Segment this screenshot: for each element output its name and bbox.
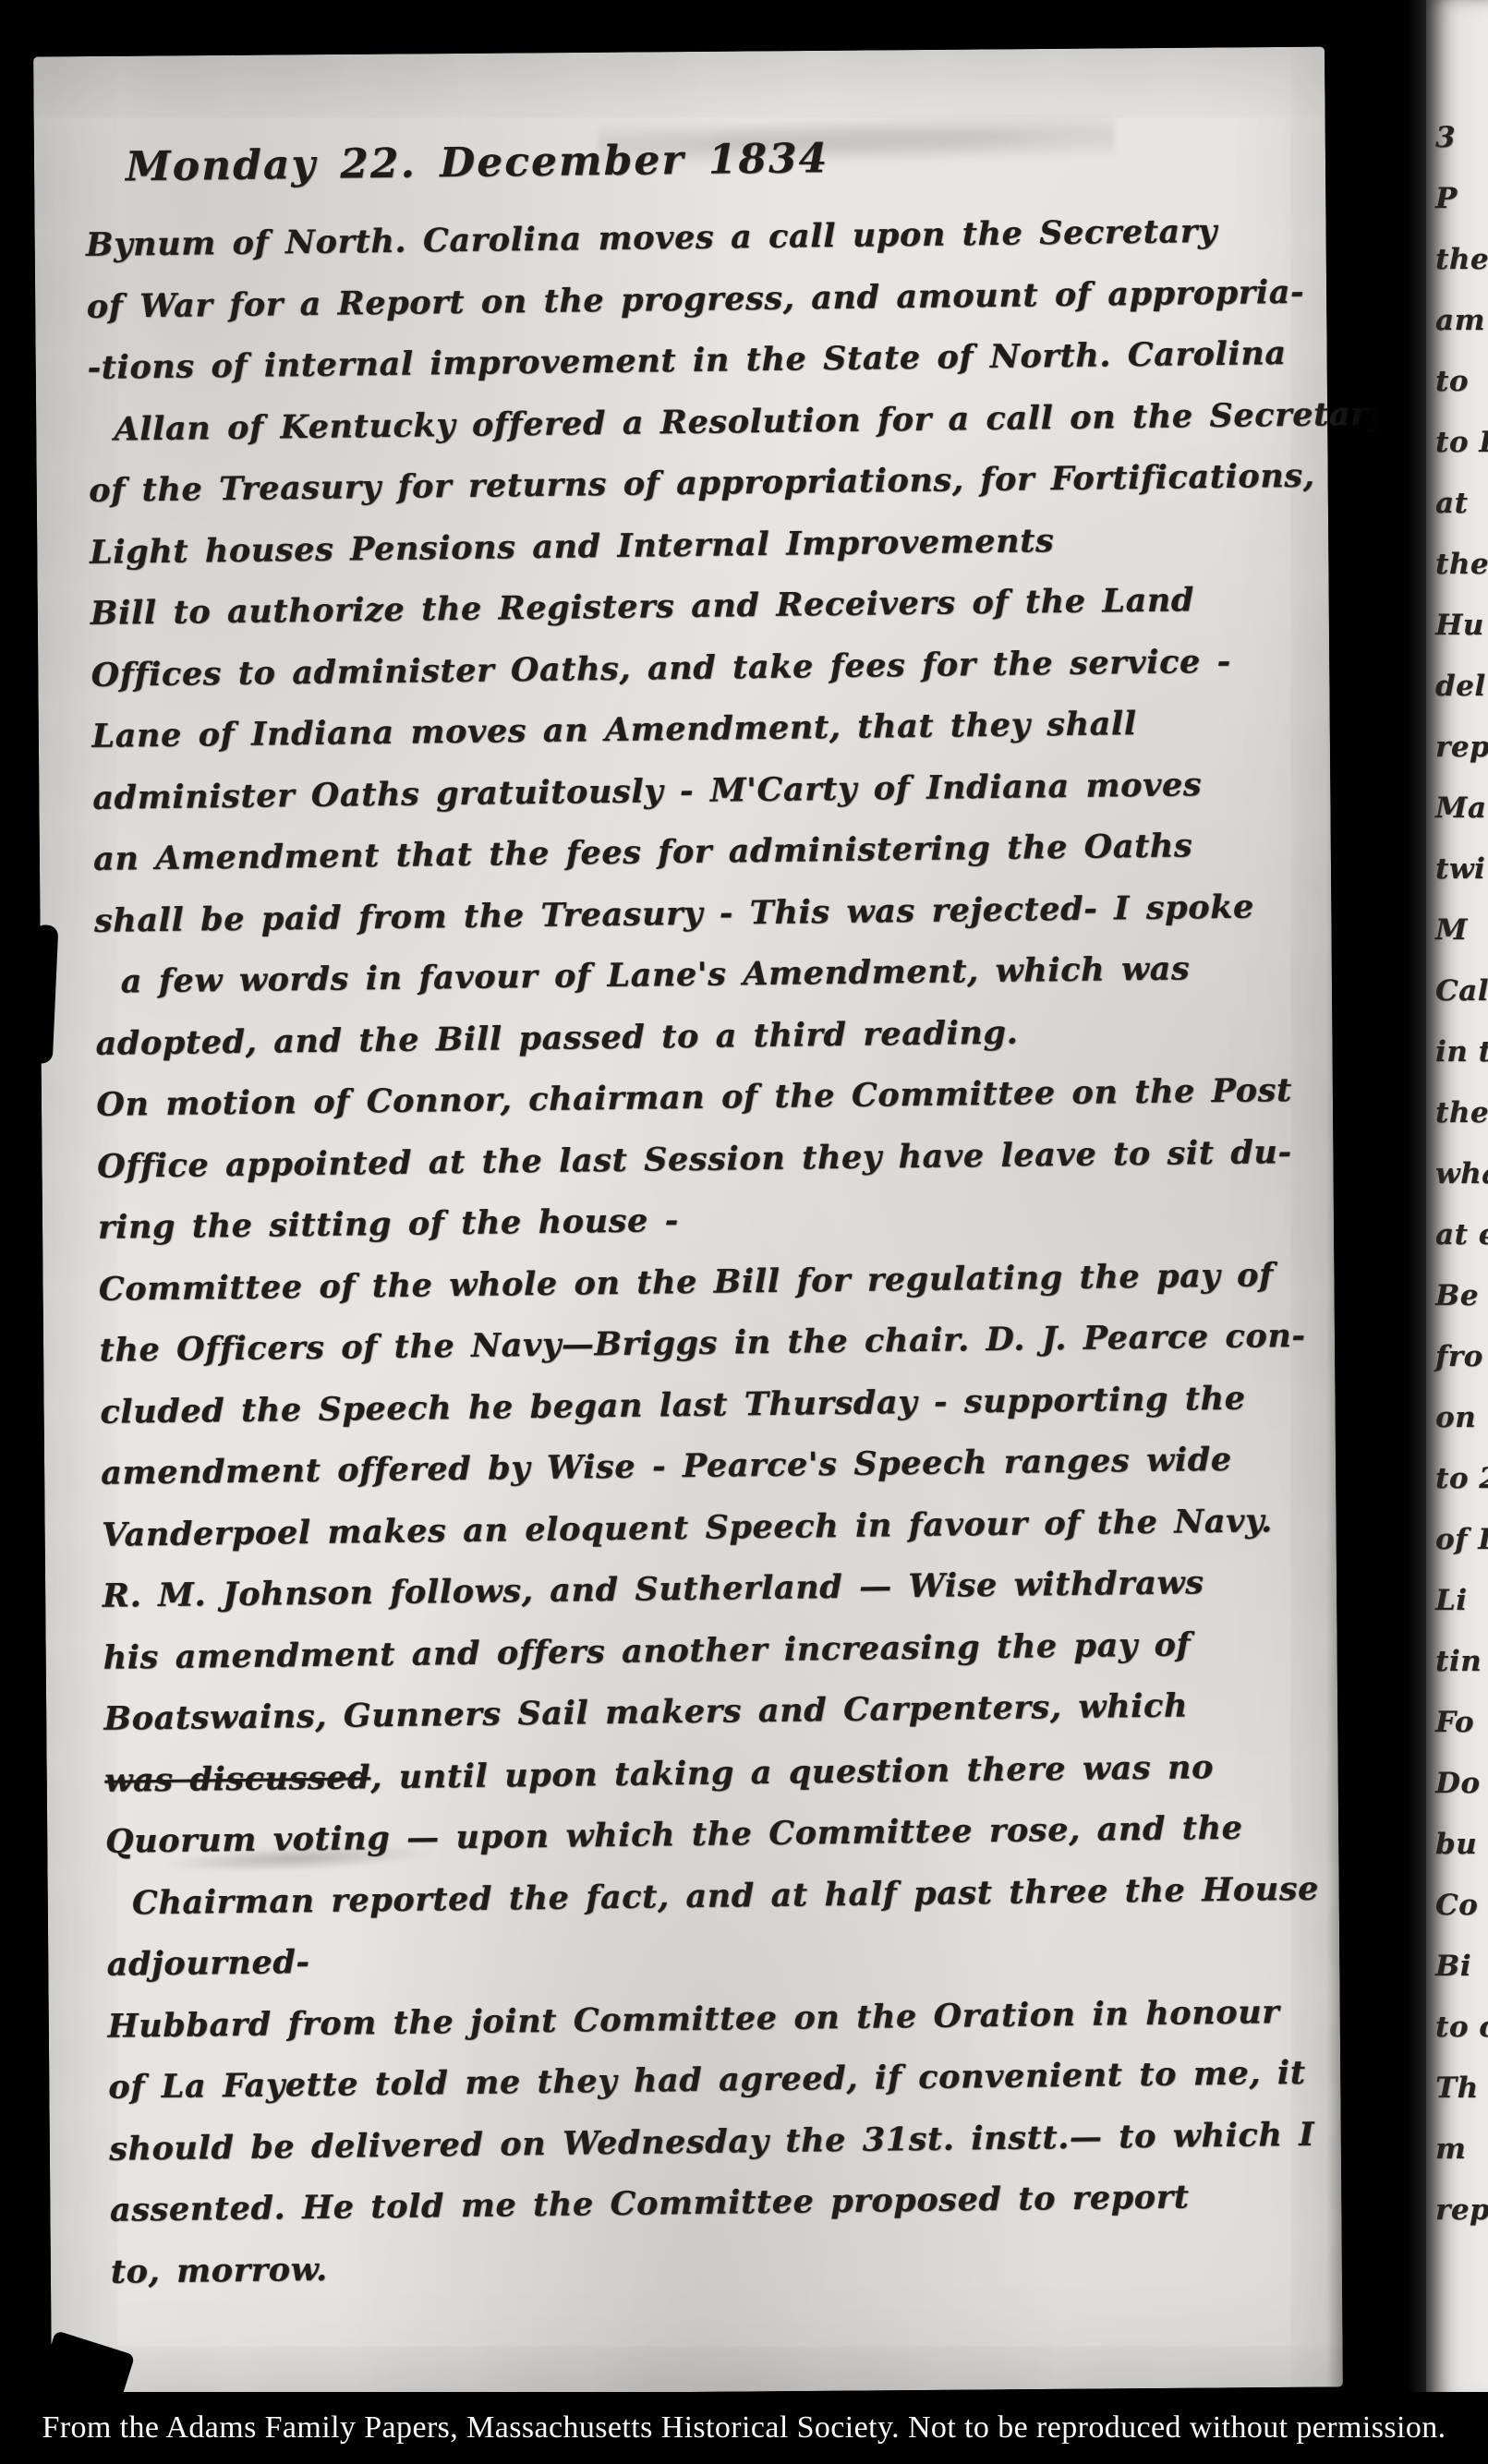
facing-page-fragment: Fo [1435,1692,1488,1753]
facing-page-fragment: am [1435,290,1488,351]
facing-page-fragment: twi [1435,839,1488,900]
facing-page-fragment: del [1435,656,1488,717]
facing-page-fragment: on [1435,1387,1488,1448]
facing-page-fragment: at e [1435,1204,1488,1265]
struck-text: was discussed [104,1758,370,1800]
archive-caption: From the Adams Family Papers, Massachuse… [42,2410,1446,2446]
manuscript-text: Monday 22. December 1834 Bynum of North.… [29,44,1349,2400]
facing-page-fragment: tin [1435,1631,1488,1692]
caption-bar: From the Adams Family Papers, Massachuse… [0,2392,1488,2464]
facing-page-fragment: to c [1435,1997,1488,2058]
facing-page-fragment: Ma [1435,778,1488,839]
facing-page-fragment: Th [1435,2058,1488,2119]
facing-page-fragment: the [1435,534,1488,595]
facing-page-fragment: wha [1435,1143,1488,1204]
facing-page-fragment: to 2 [1435,1448,1488,1509]
manuscript-page: Monday 22. December 1834 Bynum of North.… [33,47,1343,2398]
facing-page-fragment: of I [1435,1509,1488,1570]
facing-page-fragment: bu [1435,1814,1488,1875]
facing-page-fragment: m [1435,2119,1488,2180]
facing-page-sliver: 3Ptheamtoto EattheHudelrepMatwiMCalin tt… [1426,0,1488,2401]
facing-page-fragment: rep [1435,717,1488,778]
scanned-manuscript-screenshot: { "page": { "heading": "Monday 22. Decem… [0,0,1488,2464]
facing-page-fragment: to E [1435,412,1488,473]
facing-page-fragment: in t [1435,1021,1488,1082]
facing-page-fragment: 3 [1435,107,1488,168]
facing-page-fragment: M [1435,900,1488,960]
facing-page-fragment: rep [1435,2180,1488,2241]
manuscript-lines: Bynum of North. Carolina moves a call up… [86,200,1325,2303]
facing-page-fragment: the [1435,1082,1488,1143]
facing-page-fragment: to [1435,351,1488,412]
book-gutter-shadow [1326,0,1428,2401]
facing-page-fragment: Be [1435,1265,1488,1326]
facing-page-fragment: Hu [1435,595,1488,656]
facing-page-text-fragments: 3Ptheamtoto EattheHudelrepMatwiMCalin tt… [1426,0,1488,2241]
facing-page-fragment: Do [1435,1753,1488,1814]
facing-page-fragment: Cal [1435,960,1488,1021]
facing-page-fragment: Bi [1435,1936,1488,1997]
facing-page-fragment: fro [1435,1326,1488,1387]
facing-page-fragment: Co [1435,1875,1488,1936]
entry-date-heading: Monday 22. December 1834 [126,129,1322,191]
facing-page-fragment: P [1435,168,1488,229]
facing-page-fragment: Li [1435,1570,1488,1631]
facing-page-fragment: the [1435,229,1488,290]
facing-page-fragment: at [1435,473,1488,534]
